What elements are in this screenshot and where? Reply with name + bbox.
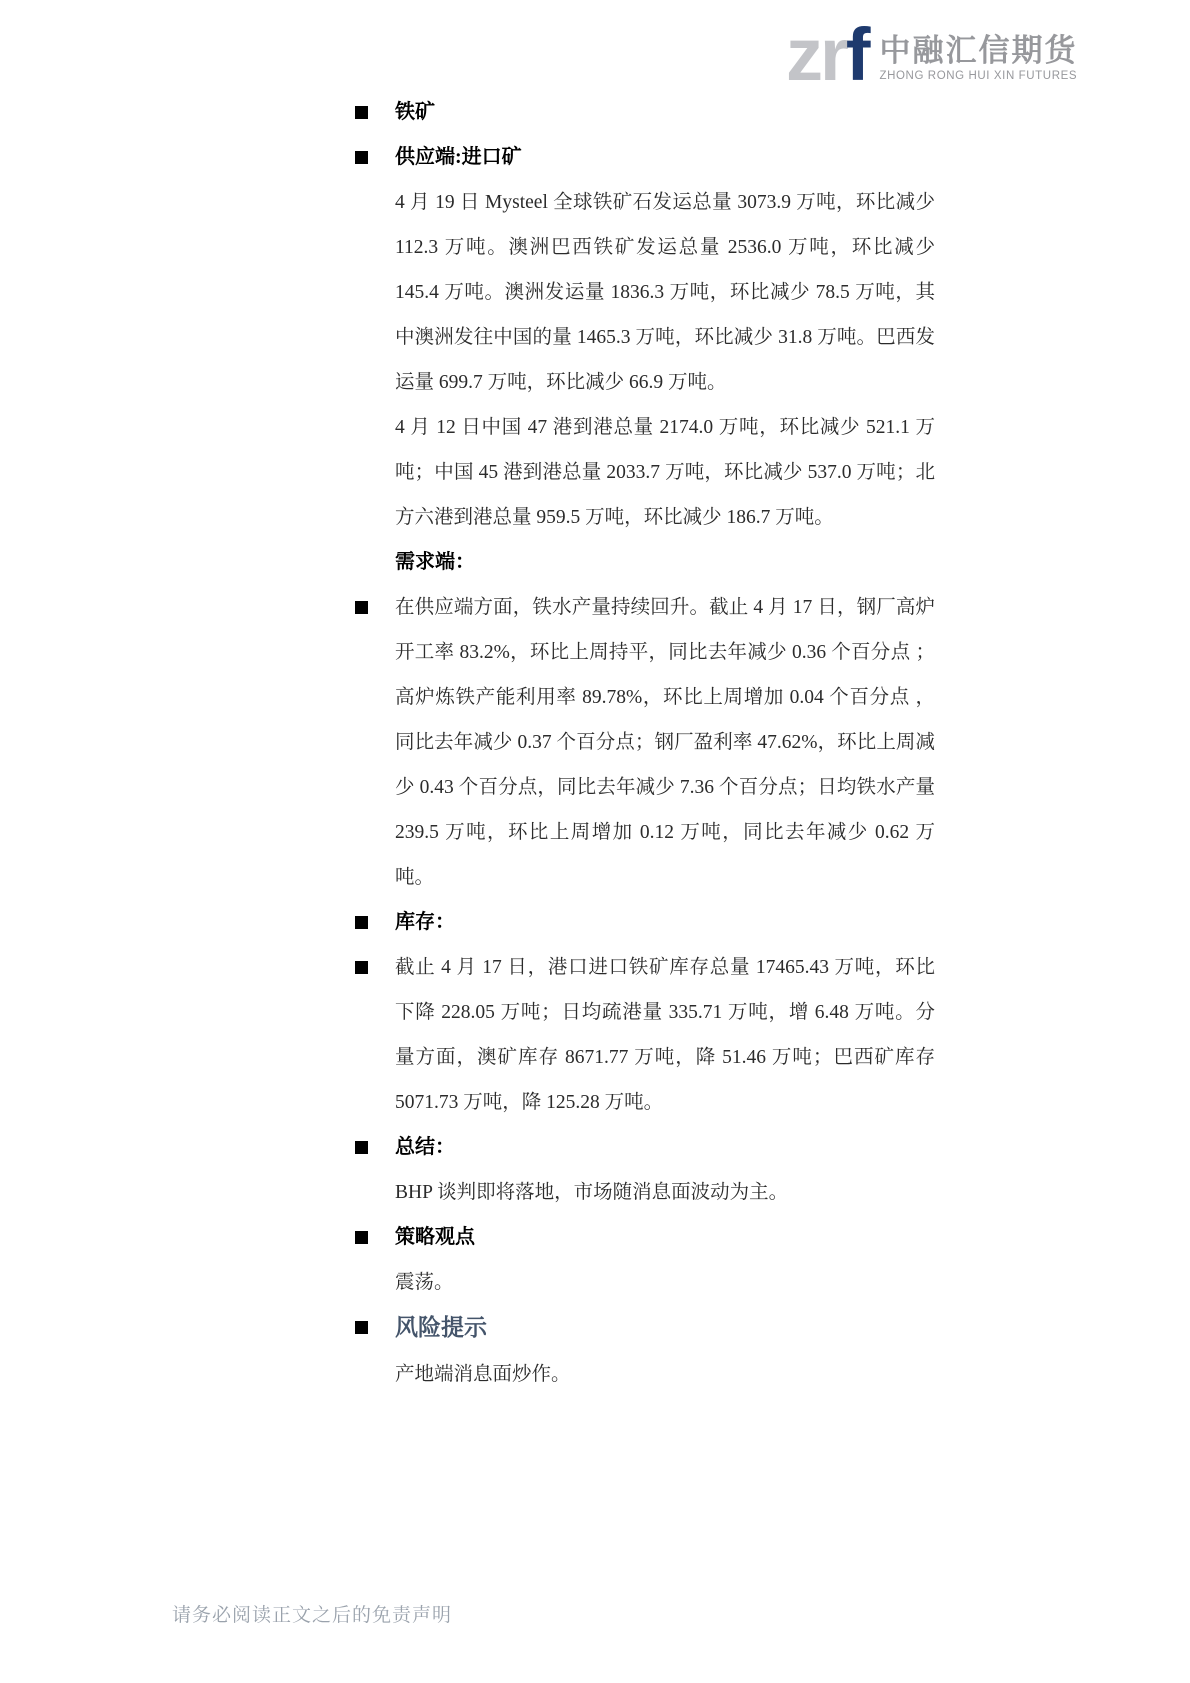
- strategy-heading: 策略观点: [355, 1215, 935, 1260]
- bullet-square-icon: [355, 1141, 368, 1154]
- section-heading-label: 需求端：: [395, 551, 475, 573]
- company-name-en: ZHONG RONG HUI XIN FUTURES: [879, 70, 1077, 82]
- company-name-cn: 中融汇信期货: [879, 34, 1077, 67]
- risk-heading: 风险提示: [355, 1305, 935, 1352]
- supply-shipment-paragraph: 4 月 19 日 Mysteel 全球铁矿石发运总量 3073.9 万吨，环比减…: [355, 180, 935, 405]
- inventory-heading: 库存：: [355, 900, 935, 945]
- section-iron-ore-heading: 铁矿: [355, 90, 935, 135]
- footer-disclaimer: 请务必阅读正文之后的免责声明: [172, 1600, 452, 1627]
- demand-paragraph-text: 在供应端方面，铁水产量持续回升。截止 4 月 17 日，钢厂高炉开工率 83.2…: [395, 597, 935, 888]
- supply-arrival-paragraph: 4 月 12 日中国 47 港到港总量 2174.0 万吨，环比减少 521.1…: [355, 405, 935, 540]
- logo-text-block: 中融汇信期货 ZHONG RONG HUI XIN FUTURES: [879, 34, 1077, 82]
- bullet-square-icon: [355, 1231, 368, 1244]
- section-heading-label: 供应端:进口矿: [395, 146, 522, 168]
- section-heading-label: 库存：: [395, 911, 455, 933]
- bullet-square-icon: [355, 601, 368, 614]
- bullet-square-icon: [355, 106, 368, 119]
- logo-f-letter: f: [846, 13, 868, 96]
- logo-zr-letters: zr: [786, 13, 846, 96]
- bullet-square-icon: [355, 1321, 368, 1334]
- strategy-paragraph: 震荡。: [355, 1260, 935, 1305]
- report-content: 铁矿 供应端:进口矿 4 月 19 日 Mysteel 全球铁矿石发运总量 30…: [355, 90, 935, 1397]
- risk-heading-label: 风险提示: [395, 1314, 487, 1340]
- company-logo: zrf 中融汇信期货 ZHONG RONG HUI XIN FUTURES: [786, 18, 1077, 92]
- section-heading-label: 铁矿: [395, 101, 435, 123]
- inventory-paragraph: 截止 4 月 17 日，港口进口铁矿库存总量 17465.43 万吨，环比下降 …: [355, 945, 935, 1125]
- bullet-square-icon: [355, 916, 368, 929]
- section-heading-label: 策略观点: [395, 1226, 475, 1248]
- demand-subheading: 需求端：: [355, 540, 935, 585]
- section-supply-heading: 供应端:进口矿: [355, 135, 935, 180]
- logo-wordmark: zrf: [786, 18, 867, 92]
- demand-paragraph: 在供应端方面，铁水产量持续回升。截止 4 月 17 日，钢厂高炉开工率 83.2…: [355, 585, 935, 900]
- inventory-paragraph-text: 截止 4 月 17 日，港口进口铁矿库存总量 17465.43 万吨，环比下降 …: [395, 957, 935, 1113]
- bullet-square-icon: [355, 151, 368, 164]
- section-heading-label: 总结：: [395, 1136, 455, 1158]
- summary-heading: 总结：: [355, 1125, 935, 1170]
- risk-paragraph: 产地端消息面炒作。: [355, 1352, 935, 1397]
- bullet-square-icon: [355, 961, 368, 974]
- summary-paragraph: BHP 谈判即将落地，市场随消息面波动为主。: [355, 1170, 935, 1215]
